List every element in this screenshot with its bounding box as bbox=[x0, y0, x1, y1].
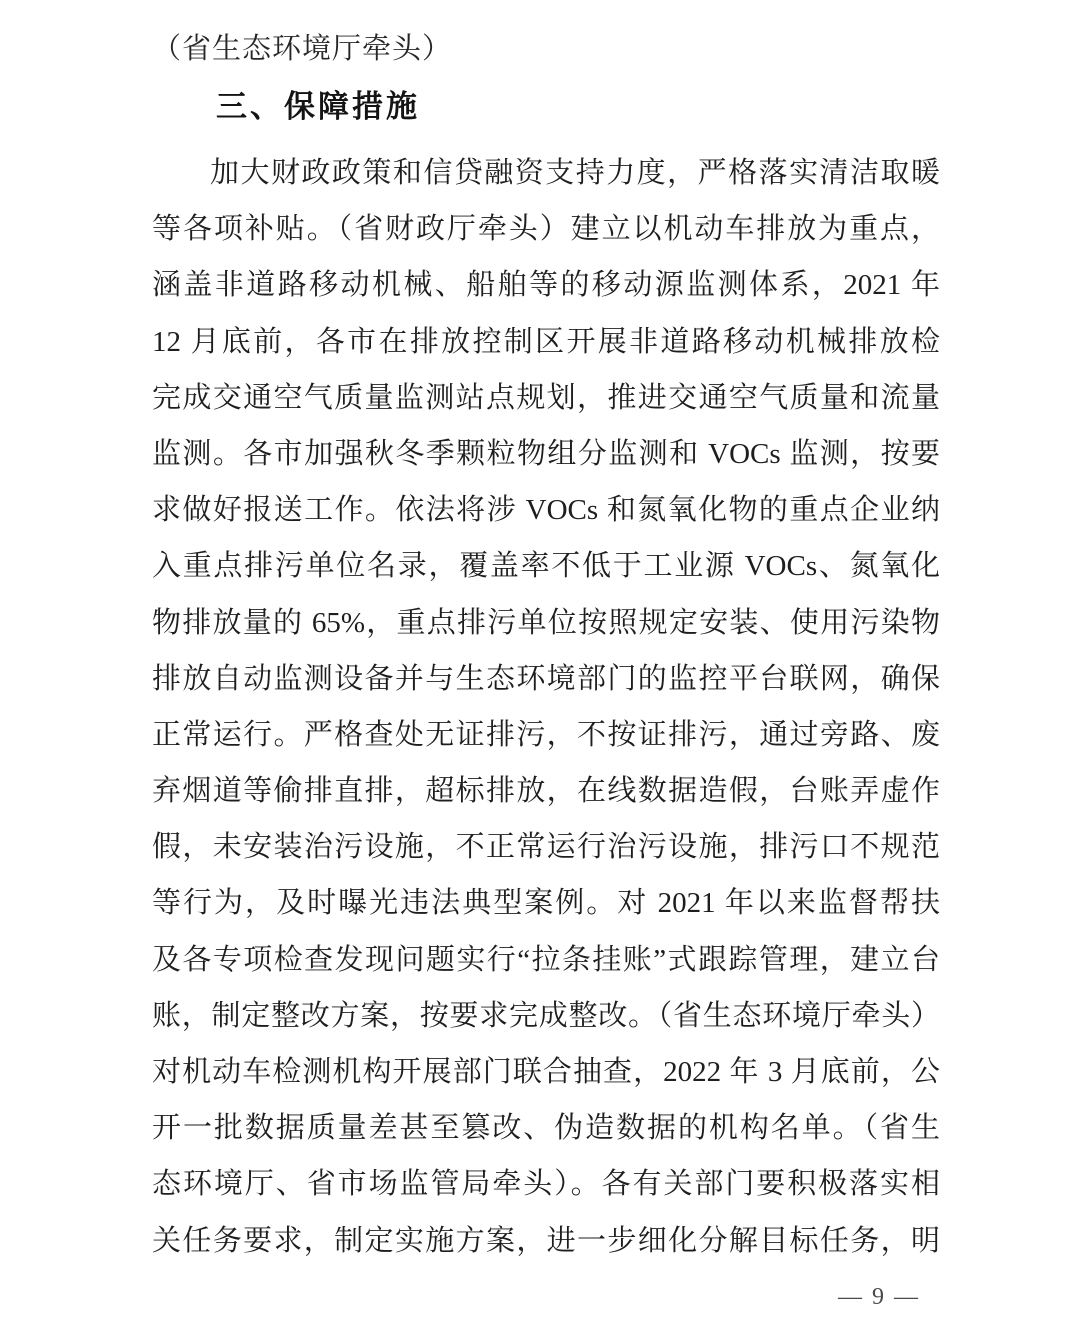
body-line: 物排放量的 65%，重点排污单位按照规定安装、使用污染物 bbox=[152, 595, 940, 651]
body-line: 12 月底前，各市在排放控制区开展非道路移动机械排放检测， bbox=[152, 314, 940, 370]
text-block: （省生态环境厅牵头） 三、保障措施 加大财政政策和信贷融资支持力度，严格落实清洁… bbox=[152, 20, 940, 1269]
page-number: — 9 — bbox=[838, 1284, 920, 1311]
section-heading: 三、保障措施 bbox=[152, 78, 940, 136]
document-page: （省生态环境厅牵头） 三、保障措施 加大财政政策和信贷融资支持力度，严格落实清洁… bbox=[0, 0, 1080, 1343]
body-line: 对机动车检测机构开展部门联合抽查，2022 年 3 月底前，公 bbox=[152, 1044, 940, 1100]
body-line: 账，制定整改方案，按要求完成整改。（省生态环境厅牵头） bbox=[152, 988, 940, 1044]
body-line: 求做好报送工作。依法将涉 VOCs 和氮氧化物的重点企业纳 bbox=[152, 482, 940, 538]
body-line: 及各专项检查发现问题实行“拉条挂账”式跟踪管理，建立台 bbox=[152, 932, 940, 988]
attribution-line: （省生态环境厅牵头） bbox=[152, 20, 940, 78]
body-line: 假，未安装治污设施，不正常运行治污设施，排污口不规范 bbox=[152, 819, 940, 875]
body-line: 监测。各市加强秋冬季颗粒物组分监测和 VOCs 监测，按要 bbox=[152, 426, 940, 482]
body-line: 完成交通空气质量监测站点规划，推进交通空气质量和流量 bbox=[152, 370, 940, 426]
body-line: 弃烟道等偷排直排，超标排放，在线数据造假，台账弄虚作 bbox=[152, 763, 940, 819]
body-line: 入重点排污单位名录，覆盖率不低于工业源 VOCs、氮氧化 bbox=[152, 538, 940, 594]
body-line: 涵盖非道路移动机械、船舶等的移动源监测体系，2021 年 bbox=[152, 257, 940, 313]
body-paragraph: 加大财政政策和信贷融资支持力度，严格落实清洁取暖 等各项补贴。（省财政厅牵头）建… bbox=[152, 145, 940, 1269]
body-line: 等行为，及时曝光违法典型案例。对 2021 年以来监督帮扶 bbox=[152, 875, 940, 931]
body-line: 关任务要求，制定实施方案，进一步细化分解目标任务，明 bbox=[152, 1213, 940, 1269]
body-line: 正常运行。严格查处无证排污，不按证排污，通过旁路、废 bbox=[152, 707, 940, 763]
body-line: 开一批数据质量差甚至篡改、伪造数据的机构名单。（省生 bbox=[152, 1100, 940, 1156]
body-line: 排放自动监测设备并与生态环境部门的监控平台联网，确保 bbox=[152, 651, 940, 707]
body-line: 加大财政政策和信贷融资支持力度，严格落实清洁取暖 bbox=[152, 145, 940, 201]
body-line: 等各项补贴。（省财政厅牵头）建立以机动车排放为重点， bbox=[152, 201, 940, 257]
body-line: 态环境厅、省市场监管局牵头）。各有关部门要积极落实相 bbox=[152, 1156, 940, 1212]
